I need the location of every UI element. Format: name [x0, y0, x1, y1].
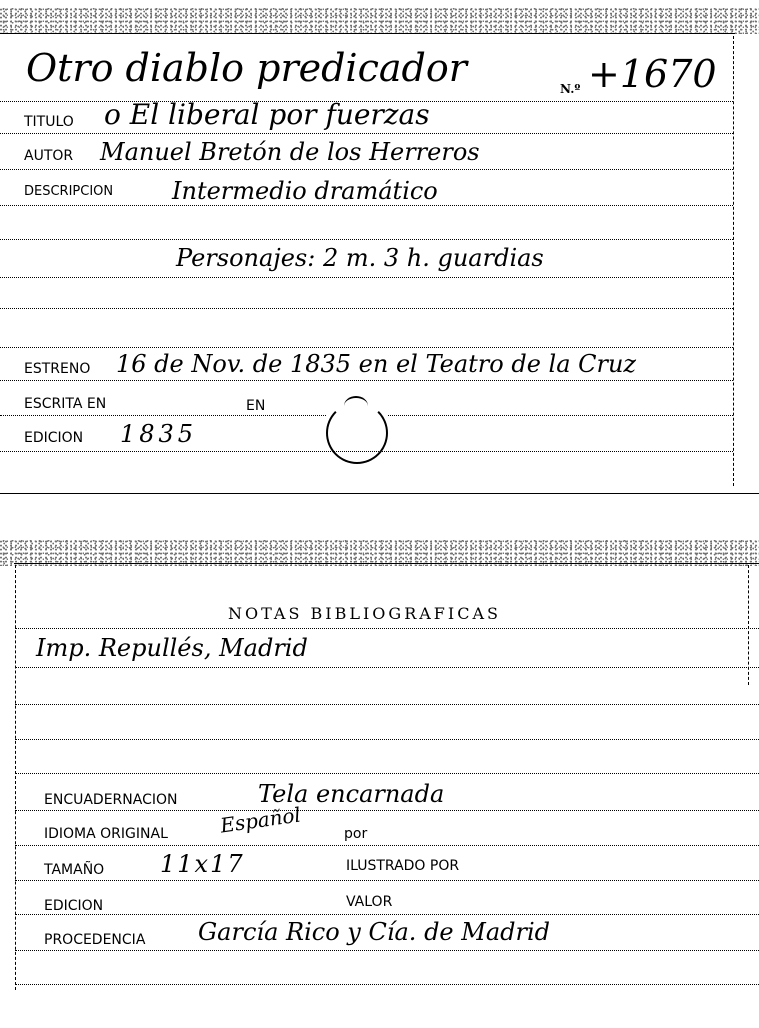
rule-b6: [15, 810, 759, 811]
rule-b11: [15, 984, 759, 985]
procedencia-value: García Rico y Cía. de Madrid: [198, 918, 550, 946]
valor-label: VALOR: [346, 894, 392, 910]
rule-b2: [15, 667, 759, 668]
por-label: por: [344, 826, 367, 842]
rule-b10: [15, 950, 759, 951]
ilustrado-por-label: ILUSTRADO POR: [346, 858, 459, 874]
rule-b8: [15, 880, 759, 881]
idioma-original-label: IDIOMA ORIGINAL: [44, 826, 168, 842]
rule-b3: [15, 704, 759, 705]
tamano-value: 11x17: [160, 850, 245, 878]
encuadernacion-label: ENCUADERNACION: [44, 792, 177, 808]
bottom-card: NOTAS BIBLIOGRAFICAS Imp. Repullés, Madr…: [0, 0, 759, 1028]
notes-value: Imp. Repullés, Madrid: [36, 634, 308, 662]
idioma-original-value: Español: [219, 802, 302, 837]
rule-b9: [15, 914, 759, 915]
tamano-label: TAMAÑO: [44, 862, 104, 878]
rule-b7: [15, 845, 759, 846]
rule-b5: [15, 773, 759, 774]
edicion-bottom-label: EDICION: [44, 898, 103, 914]
procedencia-label: PROCEDENCIA: [44, 932, 145, 948]
rule-b1: [15, 628, 759, 629]
section-title: NOTAS BIBLIOGRAFICAS: [228, 604, 501, 623]
rule-b4: [15, 739, 759, 740]
